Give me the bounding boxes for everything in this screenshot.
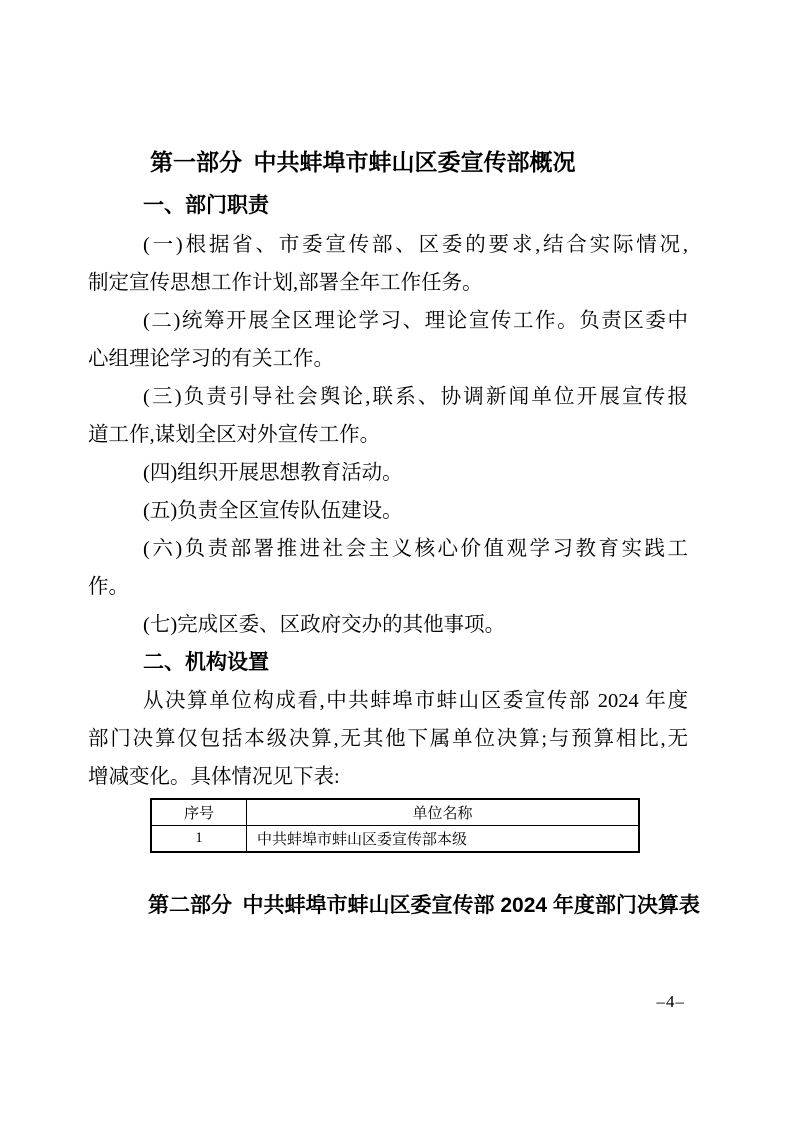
duty-4-line: (四)组织开展思想教育活动。	[88, 454, 688, 492]
duty-1-line-1: (一)根据省、市委宣传部、区委的要求,结合实际情况,	[88, 226, 688, 264]
duty-5-line: (五)负责全区宣传队伍建设。	[88, 492, 688, 530]
unit-table-header-name: 单位名称	[247, 799, 640, 826]
unit-table: 序号 单位名称 1 中共蚌埠市蚌山区委宣传部本级	[150, 798, 640, 853]
unit-table-header-seq: 序号	[151, 799, 247, 826]
duty-7-line: (七)完成区委、区政府交办的其他事项。	[88, 606, 688, 644]
unit-table-header-row: 序号 单位名称	[151, 799, 639, 826]
org-paragraph-line-1: 从决算单位构成看,中共蚌埠市蚌山区委宣传部 2024 年度	[88, 682, 688, 720]
unit-table-cell-seq: 1	[151, 826, 247, 853]
duty-1-line-2: 制定宣传思想工作计划,部署全年工作任务。	[88, 264, 688, 302]
duty-2-line-2: 心组理论学习的有关工作。	[88, 340, 688, 378]
duty-2-line-1: (二)统筹开展全区理论学习、理论宣传工作。负责区委中	[88, 302, 688, 340]
document-content: 第一部分 中共蚌埠市蚌山区委宣传部概况 一、部门职责 (一)根据省、市委宣传部、…	[88, 138, 688, 929]
org-paragraph-line-3: 增减变化。具体情况见下表:	[88, 758, 688, 796]
duties-heading: 一、部门职责	[88, 186, 688, 226]
part1-heading: 第一部分 中共蚌埠市蚌山区委宣传部概况	[88, 138, 688, 186]
org-setup-heading: 二、机构设置	[88, 644, 688, 682]
document-page: 第一部分 中共蚌埠市蚌山区委宣传部概况 一、部门职责 (一)根据省、市委宣传部、…	[0, 0, 793, 1122]
duty-6-line-2: 作。	[88, 568, 688, 606]
org-paragraph-line-2: 部门决算仅包括本级决算,无其他下属单位决算;与预算相比,无	[88, 720, 688, 758]
duty-6-line-1: (六)负责部署推进社会主义核心价值观学习教育实践工	[88, 530, 688, 568]
part2-heading: 第二部分 中共蚌埠市蚌山区委宣传部 2024 年度部门决算表	[88, 883, 688, 929]
unit-table-row: 1 中共蚌埠市蚌山区委宣传部本级	[151, 826, 639, 853]
unit-table-cell-name: 中共蚌埠市蚌山区委宣传部本级	[247, 826, 640, 853]
page-number: –4–	[657, 992, 686, 1012]
duty-3-line-2: 道工作,谋划全区对外宣传工作。	[88, 416, 688, 454]
duty-3-line-1: (三)负责引导社会舆论,联系、协调新闻单位开展宣传报	[88, 378, 688, 416]
